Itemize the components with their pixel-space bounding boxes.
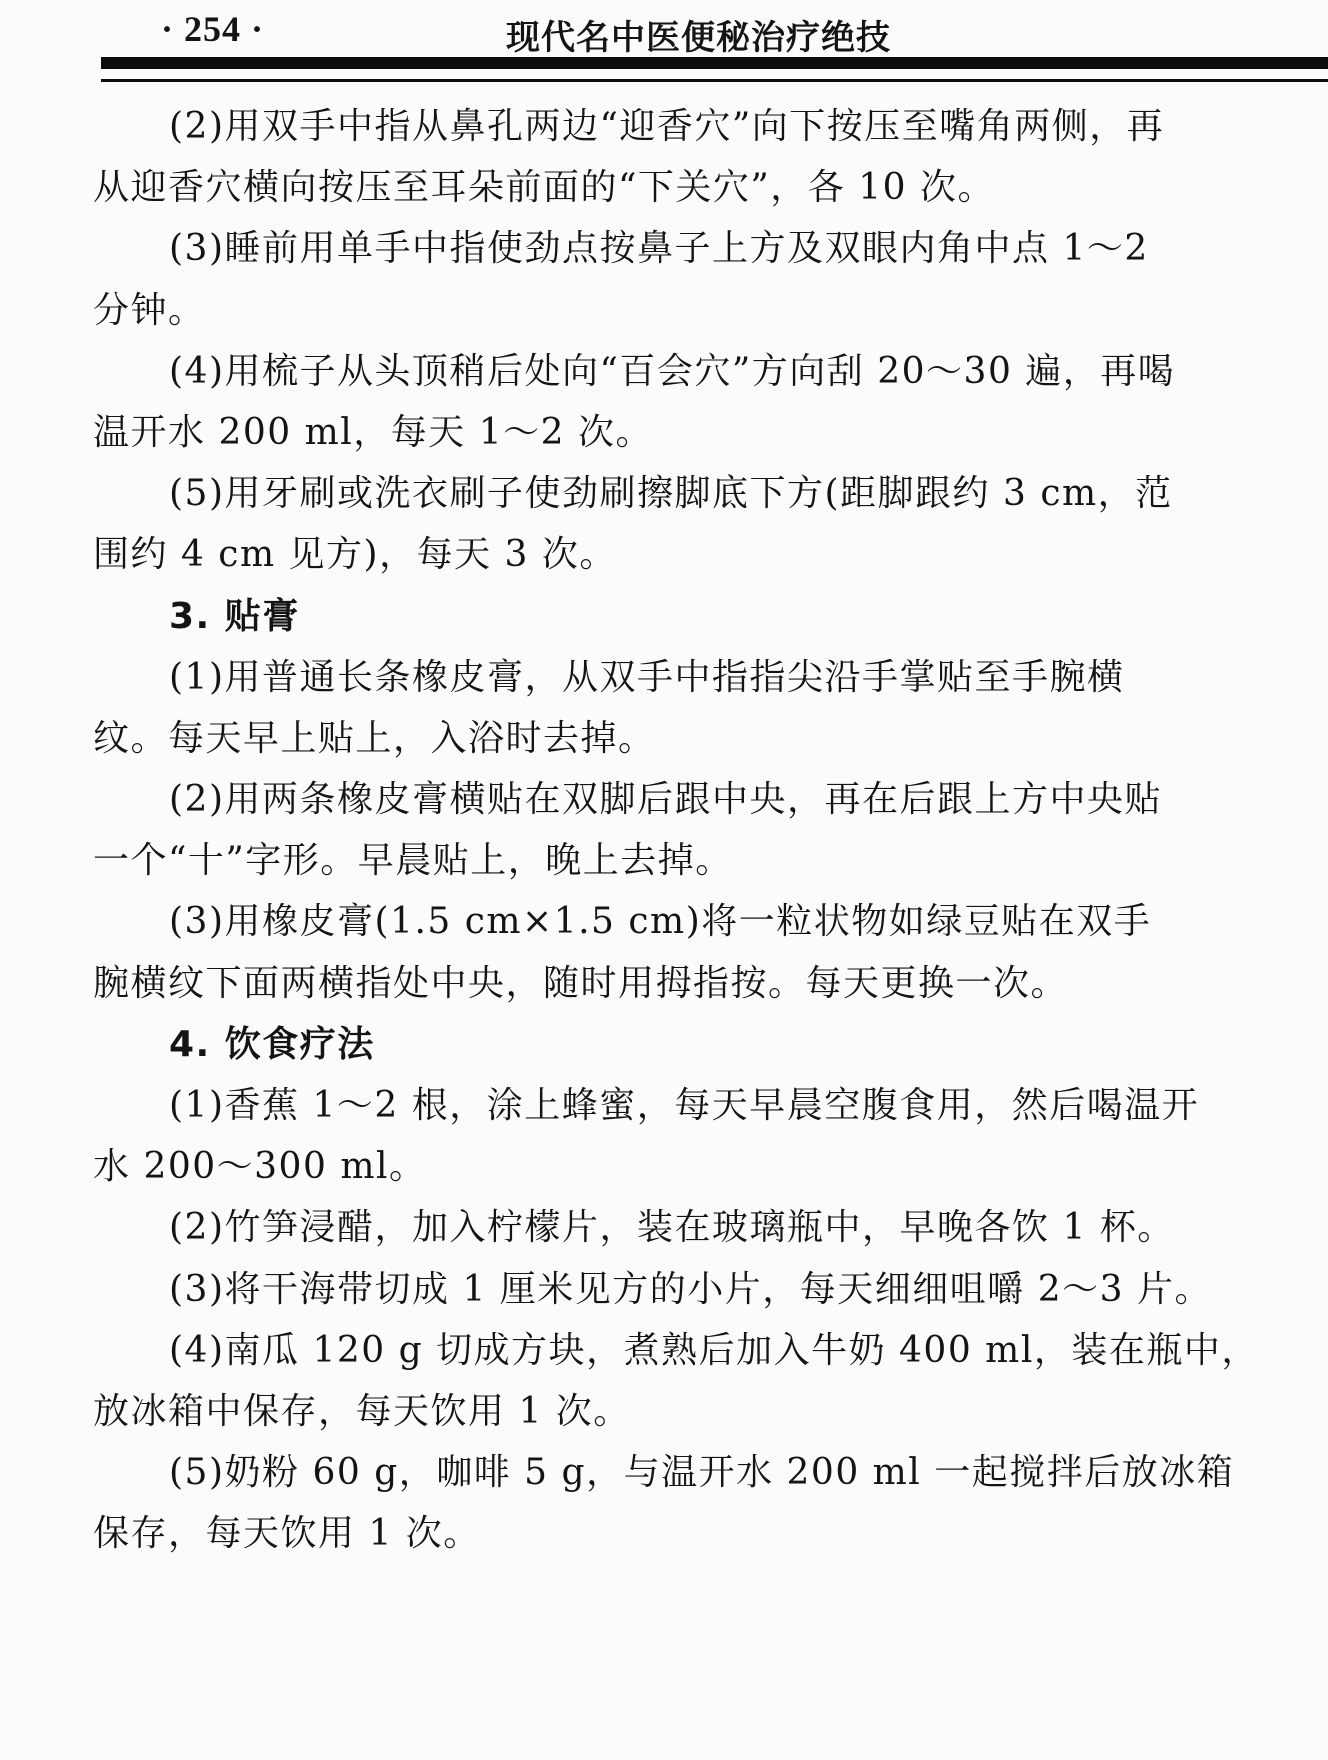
text-line: (3)睡前用单手中指使劲点按鼻子上方及双眼内角中点 1～2 [93,218,1328,279]
body-text: (2)用双手中指从鼻孔两边“迎香穴”向下按压至嘴角两侧，再 从迎香穴横向按压至耳… [93,96,1328,1565]
section-heading: 3. 贴膏 [93,586,1328,647]
text-line: (2)竹笋浸醋，加入柠檬片，装在玻璃瓶中，早晚各饮 1 杯。 [93,1197,1328,1258]
text-line: 水 200～300 ml。 [93,1136,1328,1197]
text-line: (1)香蕉 1～2 根，涂上蜂蜜，每天早晨空腹食用，然后喝温开 [93,1075,1328,1136]
text-line: 分钟。 [93,280,1328,341]
text-line: (3)将干海带切成 1 厘米见方的小片，每天细细咀嚼 2～3 片。 [93,1259,1328,1320]
text-line: 保存，每天饮用 1 次。 [93,1503,1328,1564]
header-rule-thick [101,57,1328,69]
text-line: 纹。每天早上贴上，入浴时去掉。 [93,708,1328,769]
text-line: 从迎香穴横向按压至耳朵前面的“下关穴”，各 10 次。 [93,157,1328,218]
text-line: 放冰箱中保存，每天饮用 1 次。 [93,1381,1328,1442]
text-line: (4)用梳子从头顶稍后处向“百会穴”方向刮 20～30 遍，再喝 [93,341,1328,402]
text-line: (3)用橡皮膏(1.5 cm×1.5 cm)将一粒状物如绿豆贴在双手 [93,891,1328,952]
page-number: · 254 · [161,8,264,50]
text-line: (4)南瓜 120 g 切成方块，煮熟后加入牛奶 400 ml，装在瓶中， [93,1320,1328,1381]
text-line: (1)用普通长条橡皮膏，从双手中指指尖沿手掌贴至手腕横 [93,647,1328,708]
text-line: (5)用牙刷或洗衣刷子使劲刷擦脚底下方(距脚跟约 3 cm，范 [93,463,1328,524]
section-heading: 4. 饮食疗法 [93,1014,1328,1075]
text-line: (2)用双手中指从鼻孔两边“迎香穴”向下按压至嘴角两侧，再 [93,96,1328,157]
text-line: 一个“十”字形。早晨贴上，晚上去掉。 [93,830,1328,891]
text-line: 围约 4 cm 见方)，每天 3 次。 [93,524,1328,585]
header-rule-thin [101,79,1328,82]
text-line: (2)用两条橡皮膏横贴在双脚后跟中央，再在后跟上方中央贴 [93,769,1328,830]
text-line: (5)奶粉 60 g，咖啡 5 g，与温开水 200 ml 一起搅拌后放冰箱 [93,1442,1328,1503]
page-header: · 254 · 现代名中医便秘治疗绝技 [101,0,1328,90]
text-line: 腕横纹下面两横指处中央，随时用拇指按。每天更换一次。 [93,953,1328,1014]
text-line: 温开水 200 ml，每天 1～2 次。 [93,402,1328,463]
running-title: 现代名中医便秘治疗绝技 [506,10,891,59]
